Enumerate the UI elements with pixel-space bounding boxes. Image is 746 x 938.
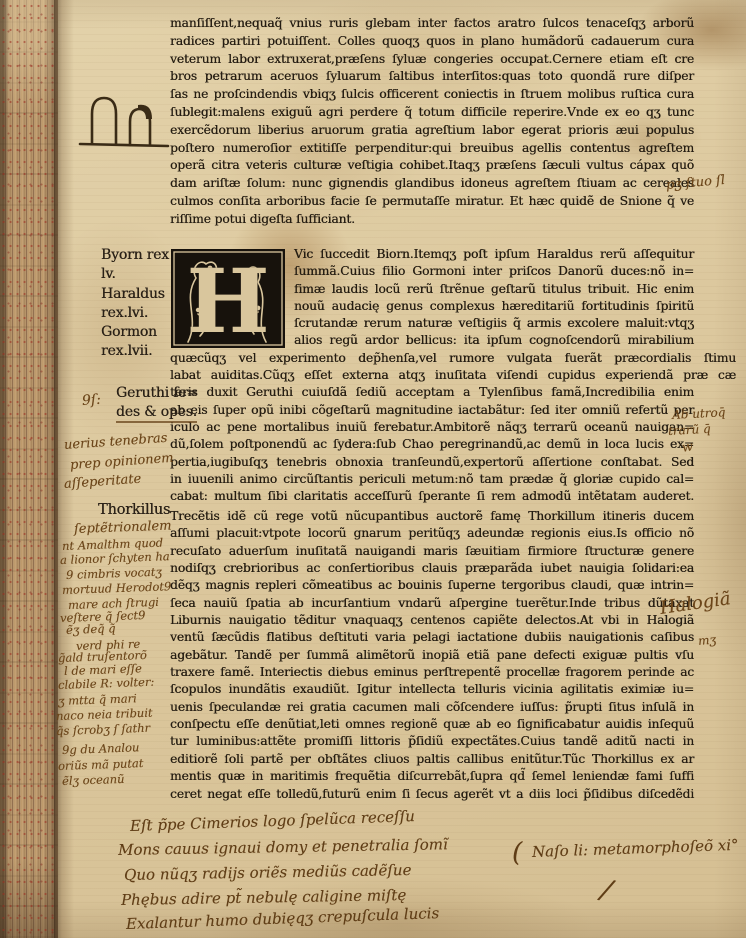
text-line: ventũ ſæcũdis flatibus deſtituti varia p… — [170, 629, 694, 646]
text-line: riſſime potui digeſta ſufficiant. — [170, 211, 694, 229]
doodle-fill — [138, 105, 152, 119]
text-line: teris duxit Geruthi cuiuſdã ſediũ accept… — [170, 384, 694, 401]
text-line: dẽqʒ magnis repleri cõmeatibus ac bouini… — [170, 577, 694, 594]
text-line: nouũ audacię genus complexus hæreditariũ… — [294, 298, 694, 315]
text-line: ſcrutandæ rerum naturæ veſtigiis q̃ armi… — [294, 315, 694, 332]
text-line: Liburnis nauigatio tẽditur vnaquaqʒ cent… — [170, 612, 694, 629]
text-line: quæcũqʒ vel experimento dep̃henſa,vel ru… — [170, 350, 736, 367]
text-line: fimæ laudis locũ rerũ ſtrẽnue geſtarũ ti… — [294, 281, 694, 298]
initial-letter: H — [187, 249, 270, 349]
text-line: aſſumi placuit:vtpote locorũ gnarum peri… — [170, 525, 694, 542]
text-line: recuſato aduerſum inuſitatã nauigandi ma… — [170, 543, 694, 560]
text-line: alios regũ ardor bellicus: ita ipſum cog… — [294, 332, 694, 349]
text-line: ſas ne proſcindendis vbiqʒ ſulcis office… — [170, 86, 694, 104]
text-line: mentis quæ in maritimis frequẽtia diſcur… — [170, 768, 694, 785]
ink-arch-doodle — [76, 90, 176, 154]
text-line: labat auiditas.Cũqʒ eſſet externa atqʒ i… — [170, 367, 736, 384]
text-line: ceret negat eſſe tolledũ,futurũ enim ſi … — [170, 786, 694, 803]
text-line: traxere famẽ. Interiectis diebus eminus … — [170, 664, 694, 681]
text-line: manſiſſent,nequaq̃ vnius ruris glebam in… — [170, 15, 694, 33]
text-line: ſublegit:malens exiguũ agri perdere q̃ t… — [170, 104, 694, 122]
text-line: in iuuenili animo circũſtantis periculi … — [170, 471, 694, 488]
text-line: veterum labor extruxerat,præſens ſyluæ c… — [170, 51, 694, 69]
paragraph-3: Trecẽtis idẽ cũ rege votũ nũcupantibus a… — [170, 508, 694, 803]
text-line: tur luminibus:attẽte promiſſi littoris p… — [170, 733, 694, 750]
text-line: Trecẽtis idẽ cũ rege votũ nũcupantibus a… — [170, 508, 694, 525]
text-line: bros petrarum aceruos ſyluarum ſaltibus … — [170, 68, 694, 86]
text-line: agebãtur. Tandẽ per ſummã alimẽtorũ inop… — [170, 647, 694, 664]
text-line: exercẽdorum liberius aruorum gratia agre… — [170, 122, 694, 140]
text-line: dũ,ſolem poſtponendũ ac ſydera:ſub Chao … — [170, 436, 694, 453]
text-line: ſummã.Cuius filio Gormoni inter priſcos … — [294, 263, 694, 280]
text-line: ab eis ſuper opũ inibi cõgeſtarũ magnitu… — [170, 402, 694, 419]
text-line: pertia,iugibuſqʒ tenebris obnoxia tranſe… — [170, 454, 694, 471]
text-line: editiorẽ ſoli partẽ per obſtãtes cliuos … — [170, 751, 694, 768]
book-fore-edge-stack — [0, 0, 58, 938]
historiated-initial-H: H — [170, 248, 286, 349]
text-line: uenis ſpeculandæ rei gratia cacumen mali… — [170, 699, 694, 716]
text-line: poſtero numeroſior extitiſſe perpenditur… — [170, 140, 694, 158]
paragraph-2: H Vic ſuccedit Biorn.Itemqʒ poſt ipſum H… — [170, 246, 694, 505]
text-line: cabat: multum ſibi claritatis acceſſurũ … — [170, 488, 694, 505]
text-line: conſpectu eſſe denũtiat,leti omnes regio… — [170, 716, 694, 733]
text-line: ſcopulos inundãtis exaudiũt. Igitur inte… — [170, 681, 694, 698]
text-line: iculo ac pene mortalibus inuiũ ferebatur… — [170, 419, 694, 436]
text-line: nodiſqʒ crebrioribus ac conſertioribus c… — [170, 560, 694, 577]
text-line: radices partiri potuiſſent. Colles quoqʒ… — [170, 33, 694, 51]
text-line: Vic ſuccedit Biorn.Itemqʒ poſt ipſum Har… — [294, 246, 694, 263]
text-line: ſeca nauiũ ſpatia ab incurſantium vndarũ… — [170, 595, 694, 612]
text-line: dam ariſtæ ſolum: nunc gignendis glandib… — [170, 175, 694, 193]
text-line: operã citra veteris culturæ veſtigia coh… — [170, 157, 694, 175]
book-page-photo: manſiſſent,nequaq̃ vnius ruris glebam in… — [0, 0, 746, 938]
paragraph-1: manſiſſent,nequaq̃ vnius ruris glebam in… — [170, 15, 694, 229]
text-line: culmos conſita arboribus facie ſe permut… — [170, 193, 694, 211]
